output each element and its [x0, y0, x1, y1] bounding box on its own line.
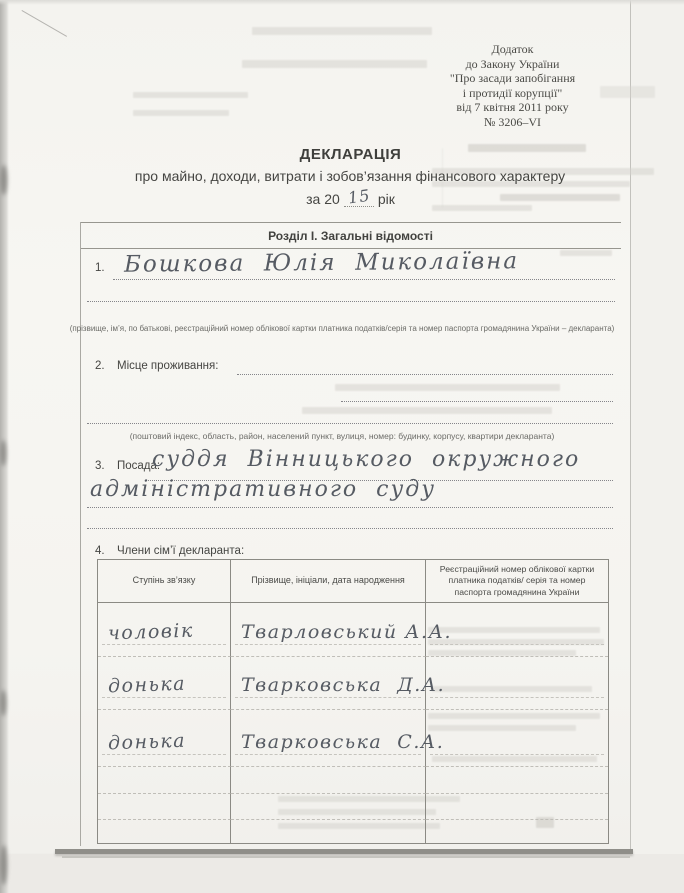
legal-reference-line: від 7 квітня 2011 року	[410, 100, 615, 115]
legal-reference-line: № 3206–VI	[410, 115, 615, 130]
table-row-relation: чоловік	[98, 603, 231, 656]
item3-number: 3.	[95, 460, 105, 472]
declaration-subtitle: про майно, доходи, витрати і зобов’язанн…	[40, 168, 660, 184]
table-empty-cell	[98, 766, 231, 793]
legal-reference-line: "Про засади запобігання	[410, 71, 615, 86]
year-prefix: за 20	[306, 191, 340, 207]
legal-reference-line: до Закону України	[410, 57, 615, 72]
scanned-declaration-page: Додаток до Закону України "Про засади за…	[0, 0, 684, 893]
name-handwritten: Тварковська Д.А.	[241, 674, 445, 696]
residence-label: Місце проживання:	[117, 360, 218, 372]
relation-handwritten: чоловік	[108, 620, 194, 645]
legal-reference-line: і протидії корупції"	[410, 86, 615, 101]
residence-caption: (поштовий індекс, область, район, населе…	[40, 431, 644, 441]
bleed-through-text	[133, 92, 248, 98]
table-row-regnumber-empty	[426, 656, 608, 709]
scan-smudge	[0, 440, 6, 466]
scanner-background-right	[631, 0, 684, 854]
relation-handwritten: донька	[108, 730, 187, 755]
position-handwritten-line1: суддя Вінницького окружного	[152, 447, 580, 472]
declaration-year-line: за 2015рік	[80, 187, 621, 207]
year-suffix: рік	[378, 191, 395, 207]
table-header-relation: Ступінь зв’язку	[98, 560, 231, 603]
family-members-table: Ступінь зв’язку Прізвище, ініціали, дата…	[97, 559, 609, 844]
section-heading: Розділ І. Загальні відомості	[80, 222, 621, 249]
table-empty-cell	[426, 819, 608, 843]
table-row-name: Тварковська С.А.	[231, 709, 426, 766]
fullname-line-1	[113, 279, 615, 280]
position-line-3	[87, 528, 613, 529]
item1-number: 1.	[95, 262, 105, 274]
table-empty-cell	[426, 793, 608, 819]
table-row-name: Тварловський А.А.	[231, 603, 426, 656]
bleed-through-text	[252, 27, 432, 35]
table-row-regnumber-empty	[426, 603, 608, 656]
table-empty-cell	[231, 793, 426, 819]
bleed-through-text	[133, 110, 229, 116]
relation-handwritten: донька	[108, 673, 187, 698]
fullname-line-2	[87, 301, 615, 302]
bleed-through-text	[560, 250, 612, 256]
table-row-relation: донька	[98, 709, 231, 766]
fullname-caption: (прізвище, ім’я, по батькові, реєстрацій…	[40, 324, 644, 333]
name-handwritten: Тварковська С.А.	[241, 731, 444, 753]
table-header-regnumber: Реєстраційний номер облікової картки пла…	[426, 560, 608, 603]
item2-number: 2.	[95, 360, 105, 372]
table-empty-cell	[426, 766, 608, 793]
residence-line-2	[341, 401, 613, 402]
legal-reference-line: Додаток	[410, 42, 615, 57]
family-members-label: Члени сім’ї декларанта:	[117, 545, 244, 557]
table-row-relation: донька	[98, 656, 231, 709]
form-left-rule	[80, 222, 81, 846]
table-empty-cell	[98, 819, 231, 843]
table-empty-cell	[231, 819, 426, 843]
position-handwritten-line2: адміністративного суду	[90, 477, 436, 502]
bleed-through-text	[302, 407, 552, 414]
year-blank: 15	[344, 187, 374, 207]
table-row-name: Тварковська Д.А.	[231, 656, 426, 709]
page-bottom-edge-shadow	[55, 849, 633, 854]
table-row-regnumber-empty	[426, 709, 608, 766]
residence-line-3	[87, 423, 613, 424]
residence-line-1	[237, 374, 613, 375]
legal-reference: Додаток до Закону України "Про засади за…	[410, 42, 615, 130]
scan-smudge	[0, 165, 7, 195]
table-empty-cell	[98, 793, 231, 819]
declaration-title: ДЕКЛАРАЦІЯ	[80, 146, 621, 163]
scan-edge-top	[0, 0, 684, 5]
name-handwritten: Тварловський А.А.	[241, 621, 452, 643]
bleed-through-text	[335, 384, 560, 391]
scan-smudge	[0, 690, 6, 716]
position-line-2	[87, 507, 613, 508]
scanner-background-bottom	[0, 854, 684, 893]
scan-smudge	[0, 845, 7, 885]
bleed-through-text	[242, 60, 427, 68]
table-empty-cell	[231, 766, 426, 793]
fullname-handwritten: Бошкова Юлія Миколаївна	[124, 248, 519, 277]
year-handwritten-value: 15	[346, 186, 371, 208]
table-header-name: Прізвище, ініціали, дата народження	[231, 560, 426, 603]
page-bottom-edge-line	[62, 856, 630, 858]
item4-number: 4.	[95, 545, 105, 557]
